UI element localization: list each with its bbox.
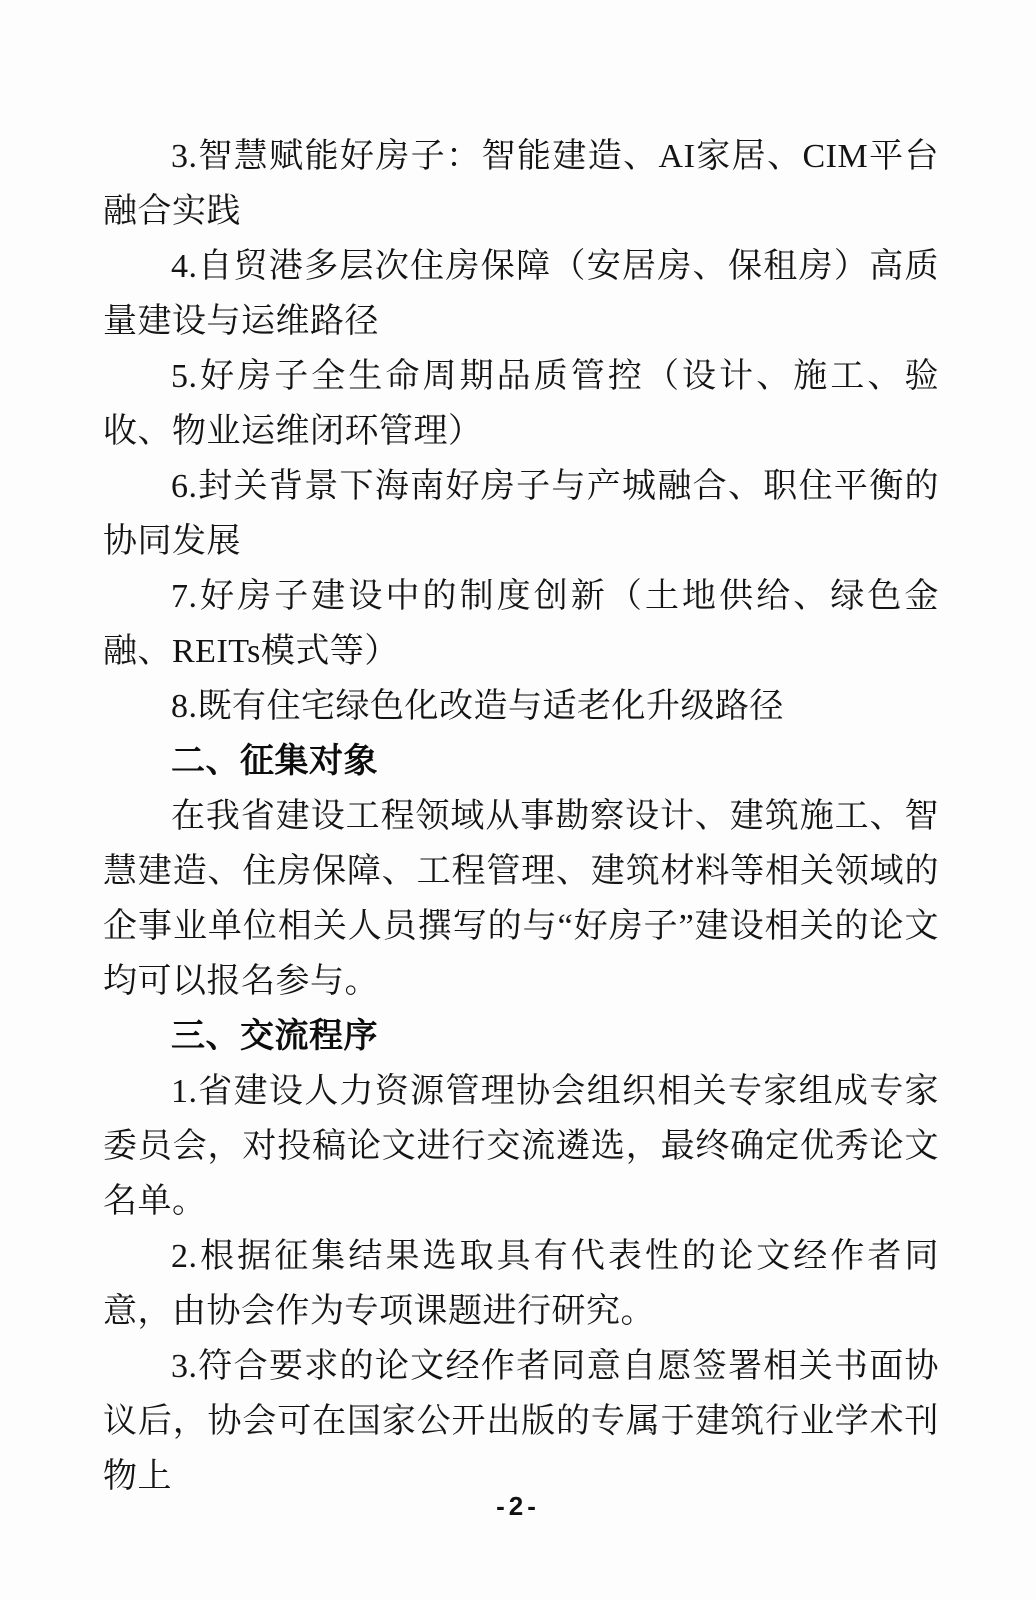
document-body: 3.智慧赋能好房子：智能建造、AI家居、CIM平台融合实践 4.自贸港多层次住房… xyxy=(103,129,939,1504)
procedure-item-1-expert-committee: 1.省建设人力资源管理协会组织相关专家组成专家委员会，对投稿论文进行交流遴选，最… xyxy=(103,1064,939,1229)
procedure-item-3-written-agreement: 3.符合要求的论文经作者同意自愿签署相关书面协议后，协会可在国家公开出版的专属于… xyxy=(103,1339,939,1504)
procedure-item-2-special-research: 2.根据征集结果选取具有代表性的论文经作者同意，由协会作为专项课题进行研究。 xyxy=(103,1229,939,1339)
list-item-4-housing-security: 4.自贸港多层次住房保障（安居房、保租房）高质量建设与运维路径 xyxy=(103,239,939,349)
list-item-6-industry-city: 6.封关背景下海南好房子与产城融合、职住平衡的协同发展 xyxy=(103,459,939,569)
list-item-3-smart-housing: 3.智慧赋能好房子：智能建造、AI家居、CIM平台融合实践 xyxy=(103,129,939,239)
paragraph-collection-targets: 在我省建设工程领域从事勘察设计、建筑施工、智慧建造、住房保障、工程管理、建筑材料… xyxy=(103,789,939,1009)
list-item-7-institutional-innovation: 7.好房子建设中的制度创新（土地供给、绿色金融、REITs模式等） xyxy=(103,569,939,679)
page-number: -2- xyxy=(0,1490,1036,1522)
section-heading-collection-targets: 二、征集对象 xyxy=(103,734,939,789)
list-item-8-green-renovation: 8.既有住宅绿色化改造与适老化升级路径 xyxy=(103,679,939,734)
document-page: 3.智慧赋能好房子：智能建造、AI家居、CIM平台融合实践 4.自贸港多层次住房… xyxy=(0,0,1036,1600)
section-heading-exchange-procedure: 三、交流程序 xyxy=(103,1009,939,1064)
list-item-5-lifecycle-quality: 5.好房子全生命周期品质管控（设计、施工、验收、物业运维闭环管理） xyxy=(103,349,939,459)
